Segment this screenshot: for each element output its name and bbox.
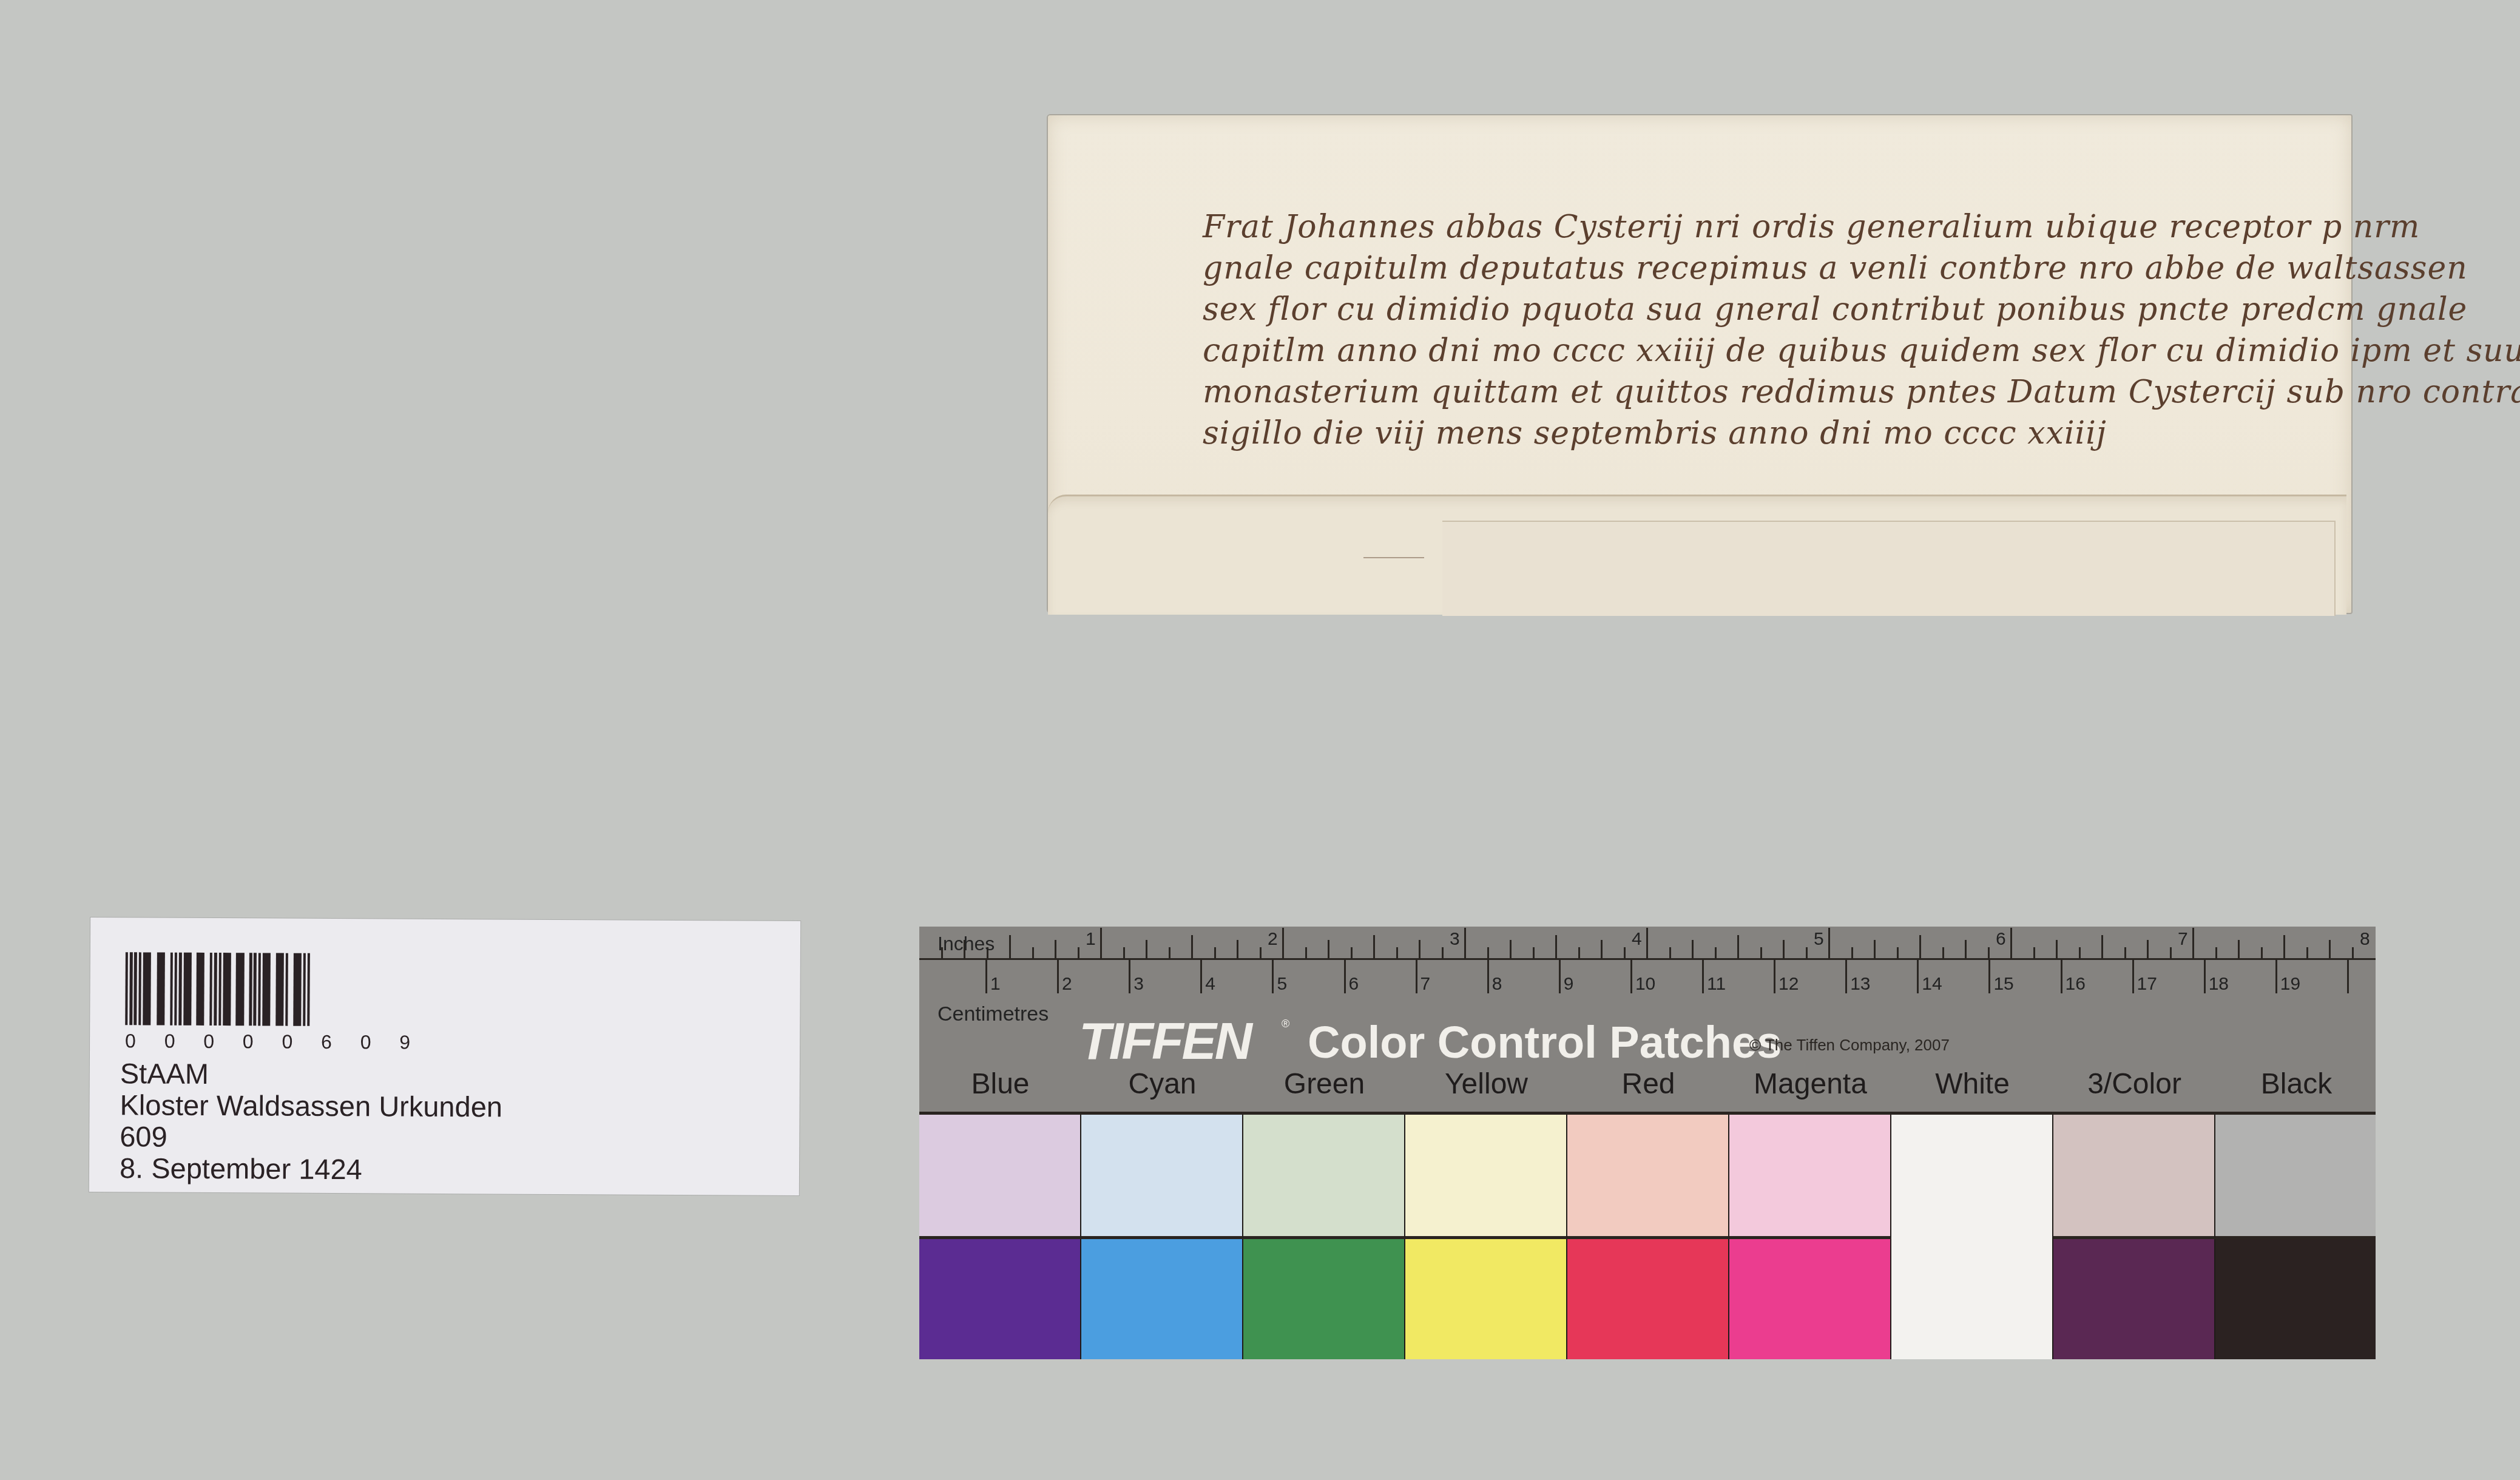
cm-tick	[2061, 960, 2062, 993]
patch-name-white: White	[1891, 1067, 2053, 1101]
inch-tick	[2306, 947, 2308, 958]
cm-mark-label: 18	[2209, 975, 2229, 993]
inch-tick	[1146, 940, 1147, 958]
inch-tick	[1009, 935, 1011, 958]
cm-mark-label: 1	[990, 975, 1001, 993]
centimetres-label: Centimetres	[937, 1002, 1049, 1026]
inch-tick	[2147, 940, 2149, 958]
cm-mark-label: 2	[1062, 975, 1072, 993]
cm-tick	[2204, 960, 2206, 993]
charter-fold-mark	[1363, 557, 1424, 558]
cm-mark-label: 16	[2066, 975, 2086, 993]
cm-tick	[1416, 960, 1417, 993]
barcode-bar	[275, 953, 284, 1026]
inch-tick	[2079, 947, 2081, 958]
inch-tick	[1646, 928, 1648, 958]
inch-tick	[2215, 947, 2217, 958]
inch-mark-label: 5	[1814, 930, 1824, 948]
barcode-bar	[143, 952, 151, 1025]
charter-line: gnale capitulm deputatus recepimus a ven…	[1203, 248, 2337, 289]
inch-tick	[2101, 935, 2103, 958]
patch-name-green: Green	[1243, 1067, 1405, 1101]
charter-line: capitlm anno dni mo cccc xxiiij de quibu…	[1203, 330, 2337, 371]
inch-tick	[1783, 940, 1785, 958]
inch-tick	[2238, 940, 2240, 958]
inch-tick	[1191, 935, 1193, 958]
patch-dark-yellow	[1405, 1239, 1568, 1359]
patch-name-yellow: Yellow	[1405, 1067, 1567, 1101]
cm-tick	[1057, 960, 1059, 993]
cm-mark-label: 6	[1349, 975, 1359, 993]
cm-mark-label: 13	[1850, 975, 1870, 993]
patch-light-cyan	[1081, 1115, 1244, 1239]
inch-tick	[1555, 935, 1557, 958]
inch-tick	[1032, 947, 1034, 958]
inch-tick	[1601, 940, 1603, 958]
barcode-bar	[307, 953, 310, 1026]
barcode-bar	[293, 953, 302, 1026]
cm-mark-label: 11	[1707, 975, 1726, 993]
barcode-digit: 0	[282, 1031, 292, 1053]
barcode-bar	[183, 953, 192, 1026]
cm-mark-label: 14	[1922, 975, 1942, 993]
inch-tick	[1806, 947, 1808, 958]
patch-dark-blue	[919, 1239, 1082, 1359]
cm-tick	[1702, 960, 1704, 993]
inch-tick	[1828, 928, 1830, 958]
barcode-digit: 0	[243, 1030, 254, 1053]
cm-mark-label: 9	[1564, 975, 1574, 993]
cm-tick	[1917, 960, 1919, 993]
inch-tick	[2010, 928, 2012, 958]
cm-tick	[2275, 960, 2277, 993]
parchment-charter: Frat Johannes abbas Cysterij nri ordis g…	[1048, 115, 2351, 613]
inch-tick	[1578, 947, 1580, 958]
inch-tick	[1282, 928, 1284, 958]
patch-light-blue	[919, 1115, 1082, 1239]
inch-tick	[1351, 947, 1353, 958]
barcode-bar	[157, 953, 165, 1026]
inch-tick	[1078, 947, 1079, 958]
cm-tick	[1200, 960, 1202, 993]
cm-tick	[1487, 960, 1489, 993]
inch-tick	[1897, 947, 1899, 958]
charter-line: Frat Johannes abbas Cysterij nri ordis g…	[1203, 206, 2337, 248]
barcode-icon	[125, 952, 411, 1026]
inch-tick	[2261, 947, 2263, 958]
inch-tick	[1487, 947, 1489, 958]
inches-label: Inches	[937, 933, 995, 955]
patch-dark-magenta	[1729, 1239, 1892, 1359]
inch-mark-label: 1	[1086, 930, 1096, 948]
charter-fold-plica	[1048, 495, 2346, 615]
patch-light-black	[2215, 1115, 2376, 1239]
inch-tick	[2283, 935, 2285, 958]
patch-name-blue: Blue	[919, 1067, 1081, 1101]
inch-tick	[1464, 928, 1466, 958]
inch-tick	[2033, 947, 2035, 958]
barcode-bar	[223, 953, 231, 1026]
barcode-bar	[236, 953, 245, 1026]
inch-tick	[1965, 940, 1967, 958]
archive-label: 0 0 0 0 0 6 0 9 StAAM Kloster Waldsassen…	[89, 917, 800, 1195]
barcode-bar	[150, 952, 157, 1025]
inch-tick	[2124, 947, 2126, 958]
barcode-digit: 0	[125, 1030, 136, 1052]
inch-tick	[1510, 940, 1512, 958]
cm-mark-label: 17	[2137, 975, 2157, 993]
cm-mark-label: 5	[1277, 975, 1287, 993]
inch-tick	[1737, 935, 1739, 958]
inch-tick	[2329, 940, 2331, 958]
inch-mark-label: 2	[1268, 930, 1278, 948]
patch-name-red: Red	[1567, 1067, 1729, 1101]
label-document-number: 609	[120, 1121, 167, 1152]
chart-header-ruler: Inches Centimetres TIFFEN ® Color Contro…	[919, 927, 2376, 1115]
inch-tick	[1169, 947, 1170, 958]
charter-line: sex flor cu dimidio pquota sua gneral co…	[1203, 289, 2337, 330]
inch-tick	[1237, 940, 1238, 958]
inch-tick	[1669, 947, 1671, 958]
patch-dark-red	[1567, 1239, 1730, 1359]
label-date: 8. September 1424	[120, 1152, 362, 1185]
barcode-digit: 9	[399, 1032, 410, 1054]
tiffen-logo: TIFFEN	[1079, 1012, 1251, 1072]
inch-tick	[1396, 947, 1398, 958]
barcode-digit: 0	[164, 1030, 175, 1053]
inch-tick	[1260, 947, 1262, 958]
patch-dark-green	[1243, 1239, 1406, 1359]
patch-dark-3color	[2053, 1239, 2216, 1359]
cm-tick	[2132, 960, 2134, 993]
cm-tick	[1774, 960, 1775, 993]
barcode-digit: 6	[321, 1031, 332, 1053]
registered-mark: ®	[1282, 1018, 1289, 1030]
inch-tick	[1874, 940, 1876, 958]
cm-tick	[1845, 960, 1847, 993]
charter-line: sigillo die viij mens septembris anno dn…	[1203, 413, 2337, 454]
patch-light-white	[1891, 1115, 2054, 1359]
inch-mark-label: 8	[2360, 930, 2370, 948]
cm-tick	[1630, 960, 1632, 993]
inch-tick	[1305, 947, 1307, 958]
inch-tick	[2056, 940, 2058, 958]
copyright-notice: © The Tiffen Company, 2007	[1749, 1036, 1950, 1055]
inch-tick	[1692, 940, 1694, 958]
cm-mark-label: 15	[1993, 975, 2013, 993]
barcode-bar	[262, 953, 271, 1026]
charter-handwritten-text: Frat Johannes abbas Cysterij nri ordis g…	[1203, 206, 2337, 454]
cm-tick	[1988, 960, 1990, 993]
cm-tick	[2347, 960, 2349, 993]
inch-tick	[1214, 947, 1216, 958]
inch-tick	[1123, 947, 1125, 958]
label-archive-code: StAAM	[120, 1058, 209, 1090]
cm-mark-label: 19	[2280, 975, 2300, 993]
inch-mark-label: 7	[2178, 930, 2188, 948]
patch-light-yellow	[1405, 1115, 1568, 1239]
patch-dark-cyan	[1081, 1239, 1244, 1359]
inch-mark-label: 3	[1450, 930, 1460, 948]
ruler-line	[919, 958, 2376, 960]
cm-tick	[985, 960, 987, 993]
cm-mark-label: 7	[1420, 975, 1431, 993]
cm-mark-label: 12	[1779, 975, 1799, 993]
inch-tick	[2170, 947, 2172, 958]
inch-tick	[1851, 947, 1853, 958]
inch-tick	[1373, 935, 1375, 958]
inch-tick	[1533, 947, 1535, 958]
cm-tick	[1559, 960, 1561, 993]
inch-tick	[1100, 928, 1102, 958]
chart-title: Color Control Patches	[1308, 1016, 1782, 1068]
inch-tick	[1055, 940, 1056, 958]
patch-light-green	[1243, 1115, 1406, 1239]
cm-tick	[1129, 960, 1130, 993]
cm-mark-label: 4	[1205, 975, 1215, 993]
inch-tick	[2352, 947, 2354, 958]
inch-tick	[1988, 947, 1990, 958]
cm-mark-label: 8	[1492, 975, 1502, 993]
inch-tick	[1919, 935, 1921, 958]
inch-tick	[1442, 947, 1444, 958]
inch-tick	[1760, 947, 1762, 958]
barcode-digit: 0	[203, 1030, 214, 1053]
patch-name-3color: 3/Color	[2053, 1067, 2215, 1101]
inch-tick	[1328, 940, 1329, 958]
cm-tick	[1344, 960, 1346, 993]
patch-light-3color	[2053, 1115, 2216, 1239]
barcode-digit: 0	[360, 1031, 371, 1053]
barcode-digits: 0 0 0 0 0 6 0 9	[125, 1030, 410, 1053]
patch-light-magenta	[1729, 1115, 1892, 1239]
patch-dark-black	[2215, 1239, 2376, 1359]
patch-light-red	[1567, 1115, 1730, 1239]
patch-name-black: Black	[2215, 1067, 2377, 1101]
inch-tick	[1419, 940, 1420, 958]
charter-fold-inner-flap	[1442, 521, 2336, 616]
cm-mark-label: 3	[1133, 975, 1144, 993]
patch-name-cyan: Cyan	[1081, 1067, 1243, 1101]
inch-mark-label: 4	[1632, 930, 1642, 948]
inch-tick	[1715, 947, 1717, 958]
label-collection: Kloster Waldsassen Urkunden	[120, 1089, 502, 1123]
inch-tick	[1624, 947, 1626, 958]
inch-tick	[1942, 947, 1944, 958]
cm-tick	[1272, 960, 1274, 993]
barcode-bar	[197, 953, 205, 1026]
patch-name-magenta: Magenta	[1729, 1067, 1891, 1101]
tiffen-color-chart: Inches Centimetres TIFFEN ® Color Contro…	[919, 927, 2376, 1359]
charter-line: monasterium quittam et quittos reddimus …	[1203, 371, 2337, 413]
inch-tick	[2192, 928, 2194, 958]
inch-mark-label: 6	[1996, 930, 2006, 948]
cm-mark-label: 10	[1635, 975, 1655, 993]
